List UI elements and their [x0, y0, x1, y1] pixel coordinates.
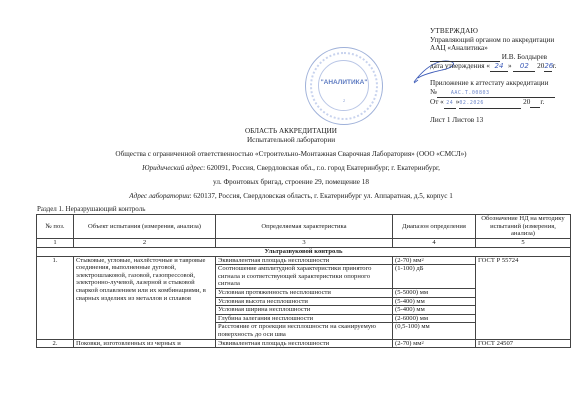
row-object: Стыковые, угловые, нахлёсточные и тавров…: [74, 256, 216, 339]
approval-block: УТВЕРЖДАЮ Управляющий органом по аккреди…: [430, 27, 556, 124]
appendix-title: Приложение к аттестату аккредитации: [430, 79, 556, 88]
lab-address-label: Адрес лаборатории: [129, 192, 189, 200]
document-header: ОБЛАСТЬ АККРЕДИТАЦИИ Испытательной лабор…: [0, 127, 582, 201]
row-characteristic: Условная ширина несплошности: [216, 306, 393, 315]
range-value: (2-70) мм: [395, 257, 421, 264]
row-characteristic: Эквивалентная площадь несплошности: [216, 339, 393, 348]
lab-address-text: : 620137, Россия, Свердловская область, …: [190, 192, 453, 200]
row-characteristic: Условная высота несплошности: [216, 297, 393, 306]
row-range: (5-400) мм: [393, 297, 476, 306]
row-range: (5-400) мм: [393, 306, 476, 315]
date-mid: »: [508, 62, 512, 70]
date-month: 02: [513, 62, 535, 72]
table-row: 2. Поковки, изготовленных из черных и Эк…: [37, 339, 571, 348]
from-year-prefix: 20: [523, 98, 530, 106]
approval-line-2: ААЦ «Аналитика»: [430, 44, 556, 53]
column-header-object: Объект испытания (измерения, анализа): [74, 215, 216, 239]
approval-signer: И.В. Болдырев: [502, 53, 547, 61]
group-row: Ультразвуковой контроль: [37, 247, 571, 256]
column-number: 3: [216, 239, 393, 248]
approval-signer-line: И.В. Болдырев: [430, 53, 556, 63]
from-year-blank: [530, 98, 540, 108]
document-title: ОБЛАСТЬ АККРЕДИТАЦИИ: [0, 127, 582, 136]
legal-address-label: Юридический адрес: [142, 164, 203, 172]
legal-address-line-1: Юридический адрес: 620091, Россия, Сверд…: [0, 164, 582, 173]
column-header-standard: Обозначение НД на методику испытаний (из…: [476, 215, 571, 239]
row-range: (2-6000) мм: [393, 314, 476, 323]
sheet-info: Лист 1 Листов 13: [430, 116, 556, 125]
approval-date-line: дата утверждения «24» 02 2026г.: [430, 62, 556, 72]
column-header-pos: № поз.: [37, 215, 74, 239]
appendix-from-line: От «24»02.2026 20 г.: [430, 98, 556, 109]
legal-address-text: : 620091, Россия, Свердловская обл., г.о…: [203, 164, 440, 172]
row-object: Поковки, изготовленных из черных и: [74, 339, 216, 348]
date-suffix: г.: [552, 62, 556, 70]
appendix-number: ААС.Т.00803: [437, 89, 555, 99]
accreditation-table: № поз. Объект испытания (измерения, анал…: [36, 214, 571, 348]
row-characteristic: Соотношение амплитудной характеристики п…: [216, 265, 393, 289]
column-header-characteristic: Определяемая характеристика: [216, 215, 393, 239]
date-day: 24: [490, 62, 508, 72]
range-value: (2-70) мм: [395, 340, 421, 347]
row-characteristic: Глубина залегания несплошности: [216, 314, 393, 323]
row-characteristic: Расстояние от проекции несплошности на с…: [216, 323, 393, 339]
from-prefix: От «: [430, 98, 444, 106]
document-subtitle: Испытательной лаборатории: [0, 136, 582, 145]
row-standard: ГОСТ 24507: [476, 339, 571, 348]
column-number: 2: [74, 239, 216, 248]
stamp-number: 2: [306, 98, 382, 103]
row-pos: 2.: [37, 339, 74, 348]
section-title: Раздел 1. Неразрушающий контроль: [37, 205, 145, 213]
column-header-range: Диапазон определения: [393, 215, 476, 239]
organization-stamp: "АНАЛИТИКА" 2: [305, 47, 383, 125]
column-number: 4: [393, 239, 476, 248]
organization-name: Общества с ограниченной ответственностью…: [0, 150, 582, 159]
legal-address-line-2: ул. Фронтовых бригад, строение 29, помещ…: [0, 178, 582, 187]
from-month-year: 02.2026: [459, 99, 521, 109]
column-number-row: 1 2 3 4 5: [37, 239, 571, 248]
approval-title: УТВЕРЖДАЮ: [430, 27, 556, 36]
date-year-prefix: 20: [537, 62, 544, 70]
row-range: (0,5-100) мм: [393, 323, 476, 339]
date-prefix: дата утверждения «: [430, 62, 490, 70]
number-prefix: №: [430, 88, 437, 96]
row-characteristic: Условная протяженность несплошности: [216, 288, 393, 297]
appendix-number-line: №ААС.Т.00803: [430, 88, 556, 99]
row-range: (2-70) мм2: [393, 256, 476, 265]
from-suffix: г.: [540, 98, 544, 106]
row-standard: ГОСТ Р 55724: [476, 256, 571, 339]
group-title: Ультразвуковой контроль: [37, 247, 571, 256]
column-number: 1: [37, 239, 74, 248]
stamp-name: "АНАЛИТИКА": [306, 79, 382, 86]
row-pos: 1.: [37, 256, 74, 339]
row-characteristic: Эквивалентная площадь несплошности: [216, 256, 393, 265]
table-row: 1. Стыковые, угловые, нахлёсточные и тав…: [37, 256, 571, 265]
range-superscript: 2: [421, 340, 423, 345]
approval-line-1: Управляющий органом по аккредитации: [430, 36, 556, 45]
row-range: (5-5000) мм: [393, 288, 476, 297]
range-superscript: 2: [421, 257, 423, 262]
row-range: (1-100) дБ: [393, 265, 476, 289]
row-range: (2-70) мм2: [393, 339, 476, 348]
lab-address-line: Адрес лаборатории: 620137, Россия, Сверд…: [0, 192, 582, 201]
signature-line: [430, 53, 500, 63]
table-header-row: № поз. Объект испытания (измерения, анал…: [37, 215, 571, 239]
column-number: 5: [476, 239, 571, 248]
from-day: 24: [444, 99, 456, 109]
